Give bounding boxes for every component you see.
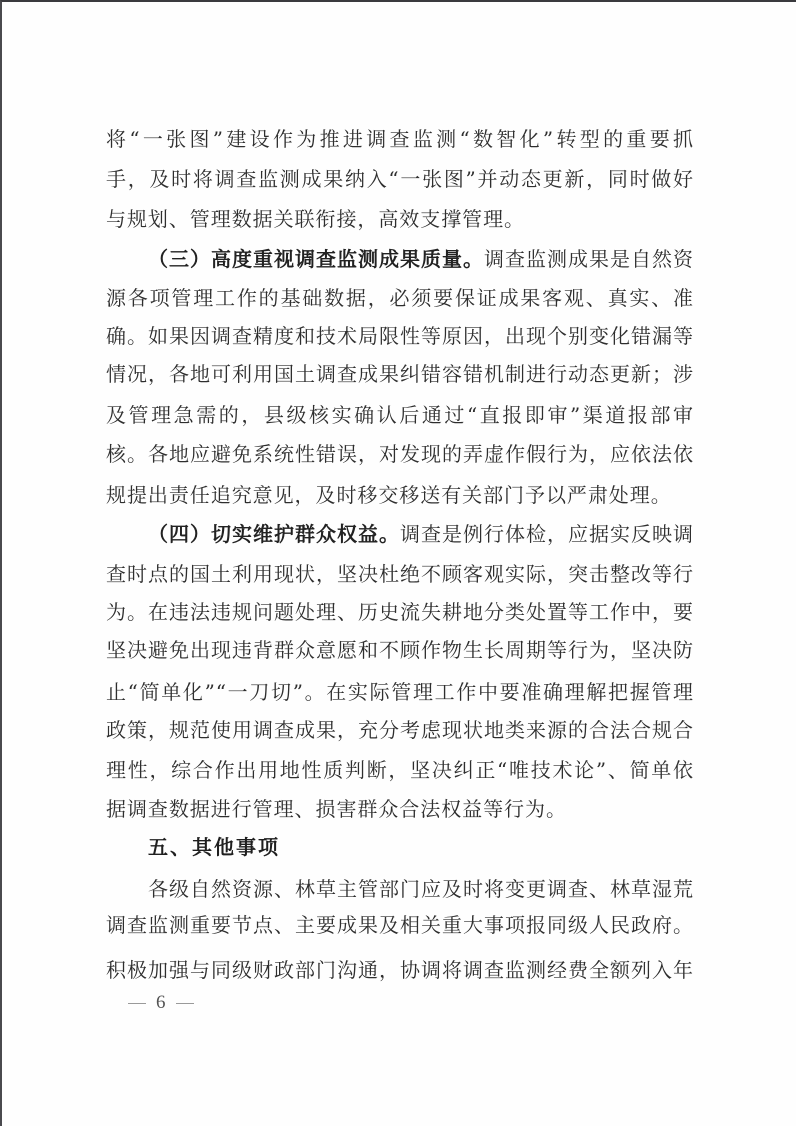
paragraph-line: 手，及时将调查监测成果纳入“一张图”并动态更新，同时做好 <box>106 159 694 199</box>
paragraph-line: 将“一张图”建设作为推进调查监测“数智化”转型的重要抓 <box>106 119 694 159</box>
paragraph-line: 据调查数据进行管理、损害群众合法权益等行为。 <box>106 789 694 829</box>
paragraph-line: 为。在违法违规问题处理、历史流失耕地分类处置等工作中，要 <box>106 592 694 632</box>
paragraph-line: 止“简单化”“一刀切”。在实际管理工作中要准确理解把握管理 <box>106 672 694 712</box>
paragraph-line: 情况，各地可利用国土调查成果纠错容错机制进行动态更新；涉 <box>106 354 694 394</box>
paragraph-line: 核。各地应避免系统性错误，对发现的弄虚作假行为，应依法依 <box>106 434 694 474</box>
dash-right <box>176 1003 194 1004</box>
paragraph-line: 查时点的国土利用现状，坚决杜绝不顾客观实际，突击整改等行 <box>106 554 694 594</box>
paragraph-line: 政策，规范使用调查成果，充分考虑现状地类来源的合法合规合 <box>106 710 694 750</box>
page-number-value: 6 <box>156 988 166 1018</box>
document-page: 将“一张图”建设作为推进调查监测“数智化”转型的重要抓 手，及时将调查监测成果纳… <box>0 0 796 1126</box>
section-4-heading-line: （四）切实维护群众权益。调查是例行体检，应据实反映调 <box>106 514 694 554</box>
paragraph-line: 理性，综合作出用地性质判断，坚决纠正“唯技术论”、简单依 <box>106 750 694 790</box>
page-number: 6 <box>128 988 194 1018</box>
section-5-heading: 五、其他事项 <box>148 827 280 867</box>
paragraph-line: 坚决避免出现违背群众意愿和不顾作物生长周期等行为，坚决防 <box>106 630 694 670</box>
section-3-heading-line: （三）高度重视调查监测成果质量。调查监测成果是自然资 <box>106 239 694 279</box>
dash-left <box>128 1003 146 1004</box>
paragraph-line: 及管理急需的，县级核实确认后通过“直报即审”渠道报部审 <box>106 395 694 435</box>
paragraph-line: 确。如果因调查精度和技术局限性等原因，出现个别变化错漏等 <box>106 316 694 356</box>
paragraph-line: 调查监测重要节点、主要成果及相关重大事项报同级人民政府。 <box>106 905 694 945</box>
section-4-title: （四）切实维护群众权益。 <box>148 522 400 546</box>
paragraph-line: 与规划、管理数据关联衔接，高效支撑管理。 <box>106 199 694 239</box>
paragraph-line: 规提出责任追究意见，及时移交移送有关部门予以严肃处理。 <box>106 475 694 515</box>
paragraph-line: 源各项管理工作的基础数据，必须要保证成果客观、真实、准 <box>106 278 694 318</box>
paragraph-line: 各级自然资源、林草主管部门应及时将变更调查、林草湿荒 <box>106 869 694 909</box>
paragraph-line: 积极加强与同级财政部门沟通，协调将调查监测经费全额列入年 <box>106 950 694 990</box>
section-3-title: （三）高度重视调查监测成果质量。 <box>148 247 484 271</box>
